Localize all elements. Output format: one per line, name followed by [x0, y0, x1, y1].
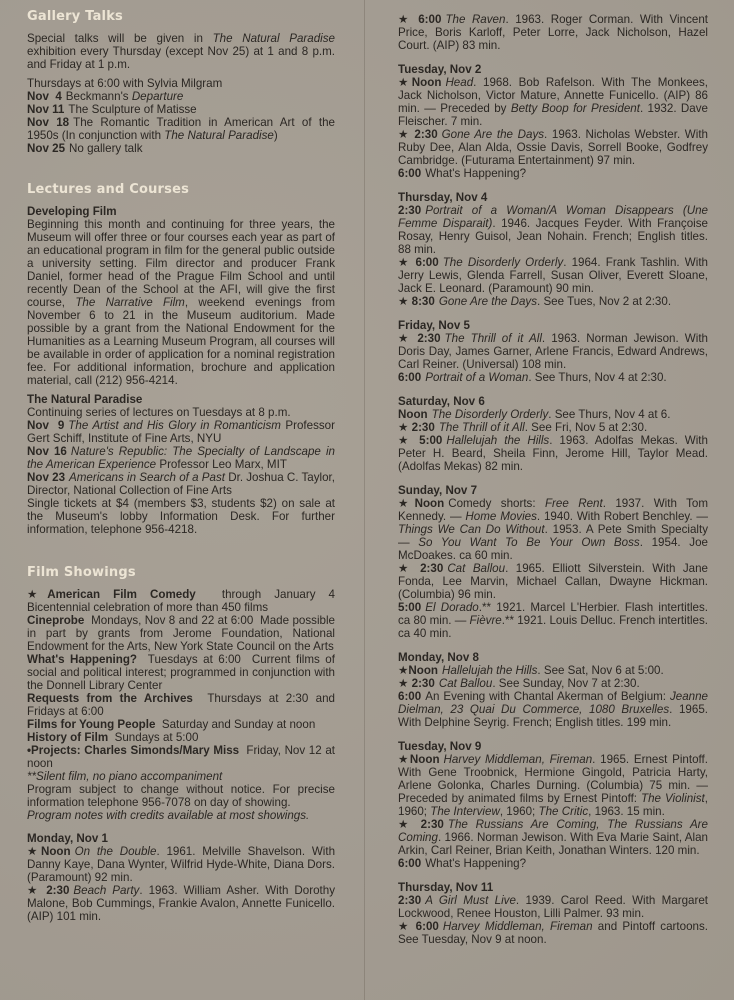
- section-title: Gallery Talks: [27, 10, 335, 23]
- schedule-day: Tuesday, Nov 9★NoonHarvey Middleman, Fir…: [398, 740, 708, 870]
- screening-entry: ★ 6:00The Disorderly Orderly. 1964. Fran…: [398, 256, 708, 295]
- series-name: What's Happening?: [27, 653, 137, 666]
- title-text: The Thrill of it All: [439, 421, 525, 434]
- section-title: Lectures and Courses: [27, 183, 335, 196]
- schedule-day: Friday, Nov 5★ 2:30The Thrill of it All.…: [398, 319, 708, 384]
- text: . 1963. Adolfas Mekas. With Peter H. Bea…: [398, 434, 708, 473]
- text: . See Thurs, Nov 4 at 6.: [548, 408, 670, 421]
- lecture-item: Nov 9The Artist and His Glory in Romanti…: [27, 419, 335, 445]
- day-heading: Tuesday, Nov 2: [398, 63, 708, 76]
- film-showings-section: Film Showings ★American Film Comedy thro…: [27, 566, 335, 923]
- gallery-talk-item: Nov 25No gallery talk: [27, 142, 335, 155]
- right-column: ★ 6:00The Raven. 1963. Roger Corman. Wit…: [398, 13, 708, 946]
- screening-entry: ★NoonHead. 1968. Bob Rafelson. With The …: [398, 76, 708, 128]
- date-label: ★ 5:00: [398, 434, 442, 447]
- gallery-talk-item: Nov 4Beckmann's Departure: [27, 90, 335, 103]
- date-label: ★ 8:30: [398, 295, 435, 308]
- screening-entry: 6:00An Evening with Chantal Akerman of B…: [398, 690, 708, 729]
- text: , weekend evenings from November 6 to 21…: [27, 296, 335, 387]
- day-heading: Monday, Nov 1: [27, 832, 335, 845]
- date-label: 5:00: [398, 601, 421, 614]
- title-text: Cat Ballou: [439, 677, 493, 690]
- date-label: Nov 9: [27, 419, 64, 432]
- day-heading: Thursday, Nov 4: [398, 191, 708, 204]
- schedule-day: ★ 6:00The Raven. 1963. Roger Corman. Wit…: [398, 13, 708, 52]
- title-text: Hallelujah the Hills: [446, 434, 549, 447]
- title-text: The Natural Paradise: [164, 129, 274, 142]
- date-label: ★ 6:00: [398, 256, 439, 269]
- title-text: Harvey Middleman, Fireman: [444, 753, 593, 766]
- film-series-item: History of Film Sundays at 5:00: [27, 731, 335, 744]
- date-label: ★Noon: [398, 76, 441, 89]
- date-label: ★Noon: [398, 753, 440, 766]
- screening-entry: 2:30Portrait of a Woman/A Woman Disappea…: [398, 204, 708, 256]
- text: . 1965. Elliott Silverstein. With Jane F…: [398, 562, 708, 601]
- schedule-right: ★ 6:00The Raven. 1963. Roger Corman. Wit…: [398, 13, 708, 946]
- date-label: ★ 2:30: [398, 421, 435, 434]
- screening-entry: 6:00What's Happening?: [398, 167, 708, 180]
- lecture-series-intro: Continuing series of lectures on Tuesday…: [27, 406, 335, 419]
- date-label: ★ 2:30: [27, 884, 69, 897]
- screening-entry: ★ 6:00The Raven. 1963. Roger Corman. Wit…: [398, 13, 708, 52]
- screening-entry: ★ 2:30Cat Ballou. 1965. Elliott Silverst…: [398, 562, 708, 601]
- title-text: Hallelujah the Hills: [442, 664, 537, 677]
- screening-entry: ★ 2:30Beach Party. 1963. William Asher. …: [27, 884, 335, 923]
- schedule-day: Thursday, Nov 112:30A Girl Must Live. 19…: [398, 881, 708, 946]
- series-description: Sundays at 5:00: [108, 731, 198, 744]
- series-name: History of Film: [27, 731, 108, 744]
- date-label: ★Noon: [398, 664, 438, 677]
- schedule-day: Monday, Nov 8★NoonHallelujah the Hills. …: [398, 651, 708, 729]
- gallery-talk-item: Nov 11The Sculpture of Matisse: [27, 103, 335, 116]
- title-text: On the Double: [75, 845, 157, 858]
- program-notes-line: Program notes with credits available at …: [27, 809, 335, 822]
- screening-entry: ★ 8:30Gone Are the Days. See Tues, Nov 2…: [398, 295, 708, 308]
- series-description: Saturday and Sunday at noon: [155, 718, 315, 731]
- film-series-item: Requests from the Archives Thursdays at …: [27, 692, 335, 718]
- title-text: Fièvre: [470, 614, 502, 627]
- text: exhibition every Thursday (except Nov 25…: [27, 45, 335, 71]
- date-label: 6:00: [398, 167, 421, 180]
- text: Beckmann's: [66, 90, 132, 103]
- screening-entry: ★NoonComedy shorts: Free Rent. 1937. Wit…: [398, 497, 708, 562]
- film-series-item: •Projects: Charles Simonds/Mary Miss Fri…: [27, 744, 335, 770]
- day-heading: Saturday, Nov 6: [398, 395, 708, 408]
- date-label: Nov 16: [27, 445, 67, 458]
- screening-entry: ★ 2:30The Russians Are Coming, The Russi…: [398, 818, 708, 857]
- lecture-list: Nov 9The Artist and His Glory in Romanti…: [27, 419, 335, 497]
- series-name: Films for Young People: [27, 718, 155, 731]
- day-heading: Monday, Nov 8: [398, 651, 708, 664]
- day-heading: Thursday, Nov 11: [398, 881, 708, 894]
- day-heading: Friday, Nov 5: [398, 319, 708, 332]
- title-text: The Narrative Film: [75, 296, 185, 309]
- film-series-list: ★American Film Comedy through January 4 …: [27, 588, 335, 770]
- screening-entry: ★ 5:00Hallelujah the Hills. 1963. Adolfa…: [398, 434, 708, 473]
- film-series-item: What's Happening? Tuesdays at 6:00 Curre…: [27, 653, 335, 692]
- day-heading: Sunday, Nov 7: [398, 484, 708, 497]
- lecture-series-heading: The Natural Paradise: [27, 393, 335, 406]
- schedule-left: Monday, Nov 1★NoonOn the Double. 1961. M…: [27, 832, 335, 923]
- title-text: Home Movies: [465, 510, 537, 523]
- date-label: 6:00: [398, 371, 421, 384]
- screening-entry: ★ 2:30Gone Are the Days. 1963. Nicholas …: [398, 128, 708, 167]
- title-text: The Violinist: [641, 792, 705, 805]
- text: The Sculpture of Matisse: [68, 103, 196, 116]
- title-text: A Girl Must Live: [425, 894, 516, 907]
- title-text: Americans in Search of a Past: [69, 471, 225, 484]
- date-label: Nov 18: [27, 116, 69, 129]
- date-label: 6:00: [398, 690, 421, 703]
- title-text: The Critic: [539, 805, 589, 818]
- screening-entry: ★NoonOn the Double. 1961. Melville Shave…: [27, 845, 335, 884]
- series-name: Requests from the Archives: [27, 692, 193, 705]
- text: . 1940. With Robert Benchley. —: [537, 510, 708, 523]
- screening-entry: ★ 2:30The Thrill of it All. 1963. Norman…: [398, 332, 708, 371]
- title-text: Departure: [132, 90, 184, 103]
- gallery-talks-section: Gallery Talks Special talks will be give…: [27, 0, 335, 155]
- date-label: 6:00: [398, 857, 421, 870]
- lecture-item: Nov 23Americans in Search of a Past Dr. …: [27, 471, 335, 497]
- screening-entry: 6:00What's Happening?: [398, 857, 708, 870]
- date-label: ★ 6:00: [398, 13, 441, 26]
- title-text: Betty Boop for President: [511, 102, 640, 115]
- title-text: Things We Can Do Without: [398, 523, 545, 536]
- screening-entry: ★NoonHallelujah the Hills. See Sat, Nov …: [398, 664, 708, 677]
- date-label: Nov 25: [27, 142, 65, 155]
- date-label: Nov 4: [27, 90, 62, 103]
- course-heading: Developing Film: [27, 205, 335, 218]
- text: What's Happening?: [425, 857, 526, 870]
- series-name: ★American Film Comedy: [27, 588, 196, 601]
- title-text: The Natural Paradise: [213, 32, 335, 45]
- series-name: Cineprobe: [27, 614, 84, 627]
- text: . 1961. Melville Shavelson. With Danny K…: [27, 845, 335, 884]
- date-label: ★ 2:30: [398, 677, 435, 690]
- text: An Evening with Chantal Akerman of Belgi…: [425, 690, 670, 703]
- date-label: ★ 2:30: [398, 332, 441, 345]
- title-text: The Disorderly Orderly: [432, 408, 549, 421]
- date-label: ★ 2:30: [398, 562, 443, 575]
- screening-entry: ★ 6:00Harvey Middleman, Fireman and Pint…: [398, 920, 708, 946]
- title-text: The Interview: [430, 805, 500, 818]
- title-text: Harvey Middleman, Fireman: [443, 920, 593, 933]
- screening-entry: 6:00Portrait of a Woman. See Thurs, Nov …: [398, 371, 708, 384]
- text: Professor Leo Marx, MIT: [156, 458, 287, 471]
- brochure-page: Gallery Talks Special talks will be give…: [0, 0, 734, 1000]
- screening-entry: ★ 2:30The Thrill of it All. See Fri, Nov…: [398, 421, 708, 434]
- film-series-item: ★American Film Comedy through January 4 …: [27, 588, 335, 614]
- schedule-day: Tuesday, Nov 2★NoonHead. 1968. Bob Rafel…: [398, 63, 708, 180]
- date-label: Noon: [398, 408, 428, 421]
- title-text: Beach Party: [73, 884, 139, 897]
- title-text: The Disorderly Orderly: [443, 256, 564, 269]
- text: ): [274, 129, 278, 142]
- title-text: The Raven: [445, 13, 505, 26]
- date-label: 2:30: [398, 204, 421, 217]
- schedule-day: Saturday, Nov 6NoonThe Disorderly Orderl…: [398, 395, 708, 473]
- gallery-talks-series-line: Thursdays at 6:00 with Sylvia Milgram: [27, 77, 335, 90]
- text: . 1966. Norman Jewison. With Eva Marie S…: [398, 831, 708, 857]
- title-text: Head: [445, 76, 473, 89]
- text: , 1963. 15 min.: [588, 805, 665, 818]
- title-text: Free Rent: [545, 497, 603, 510]
- title-text: So You Want To Be Your Own Boss: [418, 536, 639, 549]
- date-label: ★Noon: [27, 845, 71, 858]
- text: What's Happening?: [425, 167, 526, 180]
- title-text: The Artist and His Glory in Romanticism: [68, 419, 281, 432]
- screening-entry: NoonThe Disorderly Orderly. See Thurs, N…: [398, 408, 708, 421]
- title-text: Gone Are the Days: [439, 295, 537, 308]
- screening-entry: ★NoonHarvey Middleman, Fireman. 1965. Er…: [398, 753, 708, 818]
- date-label: ★ 2:30: [398, 128, 438, 141]
- series-name: •Projects: Charles Simonds/Mary Miss: [27, 744, 239, 757]
- ticket-info: Single tickets at $4 (members $3, studen…: [27, 497, 335, 536]
- text: . See Tues, Nov 2 at 2:30.: [537, 295, 671, 308]
- day-heading: Tuesday, Nov 9: [398, 740, 708, 753]
- gallery-talk-item: Nov 18The Romantic Tradition in American…: [27, 116, 335, 142]
- screening-entry: 2:30A Girl Must Live. 1939. Carol Reed. …: [398, 894, 708, 920]
- gallery-talks-intro: Special talks will be given in The Natur…: [27, 32, 335, 71]
- gallery-talks-list: Nov 4Beckmann's DepartureNov 11The Sculp…: [27, 90, 335, 155]
- lectures-section: Lectures and Courses Developing Film Beg…: [27, 183, 335, 536]
- lecture-item: Nov 16Nature's Republic: The Specialty o…: [27, 445, 335, 471]
- date-label: ★ 6:00: [398, 920, 439, 933]
- schedule-day: Monday, Nov 1★NoonOn the Double. 1961. M…: [27, 832, 335, 923]
- film-series-item: Cineprobe Mondays, Nov 8 and 22 at 6:00 …: [27, 614, 335, 653]
- text: , 1960;: [500, 805, 539, 818]
- schedule-day: Sunday, Nov 7★NoonComedy shorts: Free Re…: [398, 484, 708, 640]
- footnote: **Silent film, no piano accompaniment: [27, 770, 335, 783]
- text: No gallery talk: [69, 142, 142, 155]
- date-label: Nov 11: [27, 103, 64, 116]
- date-label: 2:30: [398, 894, 421, 907]
- text: . See Sat, Nov 6 at 5:00.: [537, 664, 663, 677]
- date-label: Nov 23: [27, 471, 65, 484]
- title-text: Gone Are the Days: [442, 128, 544, 141]
- text: . See Thurs, Nov 4 at 2:30.: [528, 371, 666, 384]
- course-description: Beginning this month and continuing for …: [27, 218, 335, 387]
- film-series-item: Films for Young People Saturday and Sund…: [27, 718, 335, 731]
- text: . See Sunday, Nov 7 at 2:30.: [492, 677, 639, 690]
- title-text: Cat Ballou: [447, 562, 505, 575]
- title-text: The Thrill of it All: [445, 332, 542, 345]
- text: Comedy shorts:: [448, 497, 545, 510]
- title-text: El Dorado: [425, 601, 479, 614]
- change-notice: Program subject to change without notice…: [27, 783, 335, 809]
- section-title: Film Showings: [27, 566, 335, 579]
- left-column: Gallery Talks Special talks will be give…: [27, 0, 335, 923]
- schedule-day: Thursday, Nov 42:30Portrait of a Woman/A…: [398, 191, 708, 308]
- screening-entry: ★ 2:30Cat Ballou. See Sunday, Nov 7 at 2…: [398, 677, 708, 690]
- text: . See Fri, Nov 5 at 2:30.: [525, 421, 647, 434]
- screening-entry: 5:00El Dorado.** 1921. Marcel L'Herbier.…: [398, 601, 708, 640]
- text: Special talks will be given in: [27, 32, 213, 45]
- date-label: ★Noon: [398, 497, 444, 510]
- title-text: Portrait of a Woman: [425, 371, 528, 384]
- date-label: ★ 2:30: [398, 818, 444, 831]
